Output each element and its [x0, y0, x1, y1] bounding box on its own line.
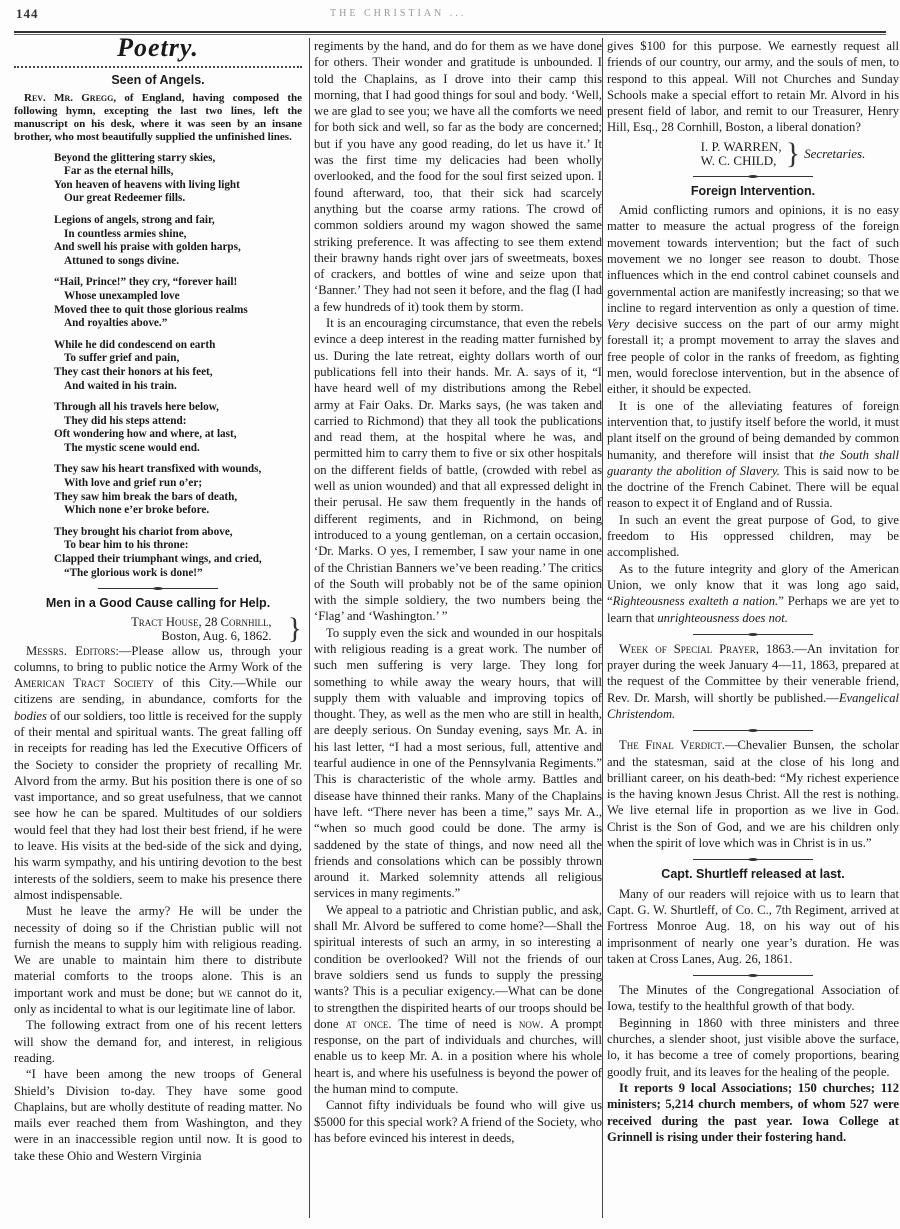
column-2: regiments by the hand, and do for them a… — [309, 38, 602, 1218]
column-3: gives $100 for this purpose. We earnestl… — [602, 38, 899, 1218]
dateline: Tract House, 28 Cornhill,Boston, Aug. 6,… — [14, 615, 302, 643]
article-title-foreign: Foreign Intervention. — [607, 183, 899, 199]
appeal-paragraph: The following extract from one of his re… — [14, 1017, 302, 1066]
section-separator — [693, 859, 813, 860]
section-separator — [693, 975, 813, 976]
verdict-paragraph: The Final Verdict.—Chevalier Bunsen, the… — [607, 737, 899, 851]
poem-stanza: Through all his travels here below,They … — [54, 401, 302, 455]
article-title-appeal: Men in a Good Cause calling for Help. — [14, 595, 302, 611]
column-1: Poetry. Seen of Angels. Rev. Mr. Gregg, … — [14, 38, 302, 1164]
foreign-paragraph: Amid conflicting rumors and opinions, it… — [607, 202, 899, 398]
signers-role: Secretaries. — [804, 146, 865, 162]
appeal-paragraph: gives $100 for this purpose. We earnestl… — [607, 38, 899, 136]
prayer-paragraph: Week of Special Prayer, 1863.—An invitat… — [607, 641, 899, 722]
iowa-paragraph: The Minutes of the Congregational Associ… — [607, 982, 899, 1015]
iowa-paragraph: It reports 9 local Associations; 150 chu… — [607, 1080, 899, 1145]
appeal-paragraph: To supply even the sick and wounded in o… — [314, 625, 602, 902]
section-title-poetry: Poetry. — [14, 40, 302, 56]
article-title-shurtleff: Capt. Shurtleff released at last. — [607, 866, 899, 882]
appeal-paragraph: Must he leave the army? He will be under… — [14, 903, 302, 1017]
signer: I. P. WARREN, — [701, 140, 782, 154]
poem-stanza: “Hail, Prince!” they cry, “forever hail!… — [54, 276, 302, 330]
masthead: THE CHRISTIAN ... — [330, 8, 590, 18]
page-number: 144 — [16, 6, 39, 22]
shurtleff-paragraph: Many of our readers will rejoice with us… — [607, 886, 899, 967]
section-separator — [693, 730, 813, 731]
signature-block: I. P. WARREN,W. C. CHILD, } Secretaries. — [667, 140, 899, 168]
section-separator — [693, 176, 813, 177]
foreign-paragraph: It is one of the alleviating features of… — [607, 398, 899, 512]
section-separator — [98, 588, 218, 589]
appeal-paragraph: Messrs. Editors:—Please allow us, throug… — [14, 643, 302, 904]
poem-stanza: They saw his heart transfixed with wound… — [54, 463, 302, 517]
appeal-paragraph: “I have been among the new troops of Gen… — [14, 1066, 302, 1164]
foreign-paragraph: In such an event the great purpose of Go… — [607, 512, 899, 561]
poem-stanza: Legions of angels, strong and fair,In co… — [54, 214, 302, 268]
poem-stanza: While he did condescend on earthTo suffe… — [54, 339, 302, 393]
appeal-paragraph: It is an encouraging circumstance, that … — [314, 315, 602, 625]
foreign-paragraph: As to the future integrity and glory of … — [607, 561, 899, 626]
poem-title: Seen of Angels. — [14, 72, 302, 88]
poem-intro: Rev. Mr. Gregg, of England, having compo… — [14, 92, 302, 144]
poem-stanza: Beyond the glittering starry skies,Far a… — [54, 152, 302, 206]
appeal-paragraph: We appeal to a patriotic and Christian p… — [314, 902, 602, 1098]
signer: W. C. CHILD, — [701, 154, 782, 168]
appeal-paragraph: Cannot fifty individuals be found who wi… — [314, 1097, 602, 1146]
iowa-paragraph: Beginning in 1860 with three ministers a… — [607, 1015, 899, 1080]
section-separator — [693, 634, 813, 635]
appeal-paragraph: regiments by the hand, and do for them a… — [314, 38, 602, 315]
poem-stanza: They brought his chariot from above,To b… — [54, 526, 302, 580]
